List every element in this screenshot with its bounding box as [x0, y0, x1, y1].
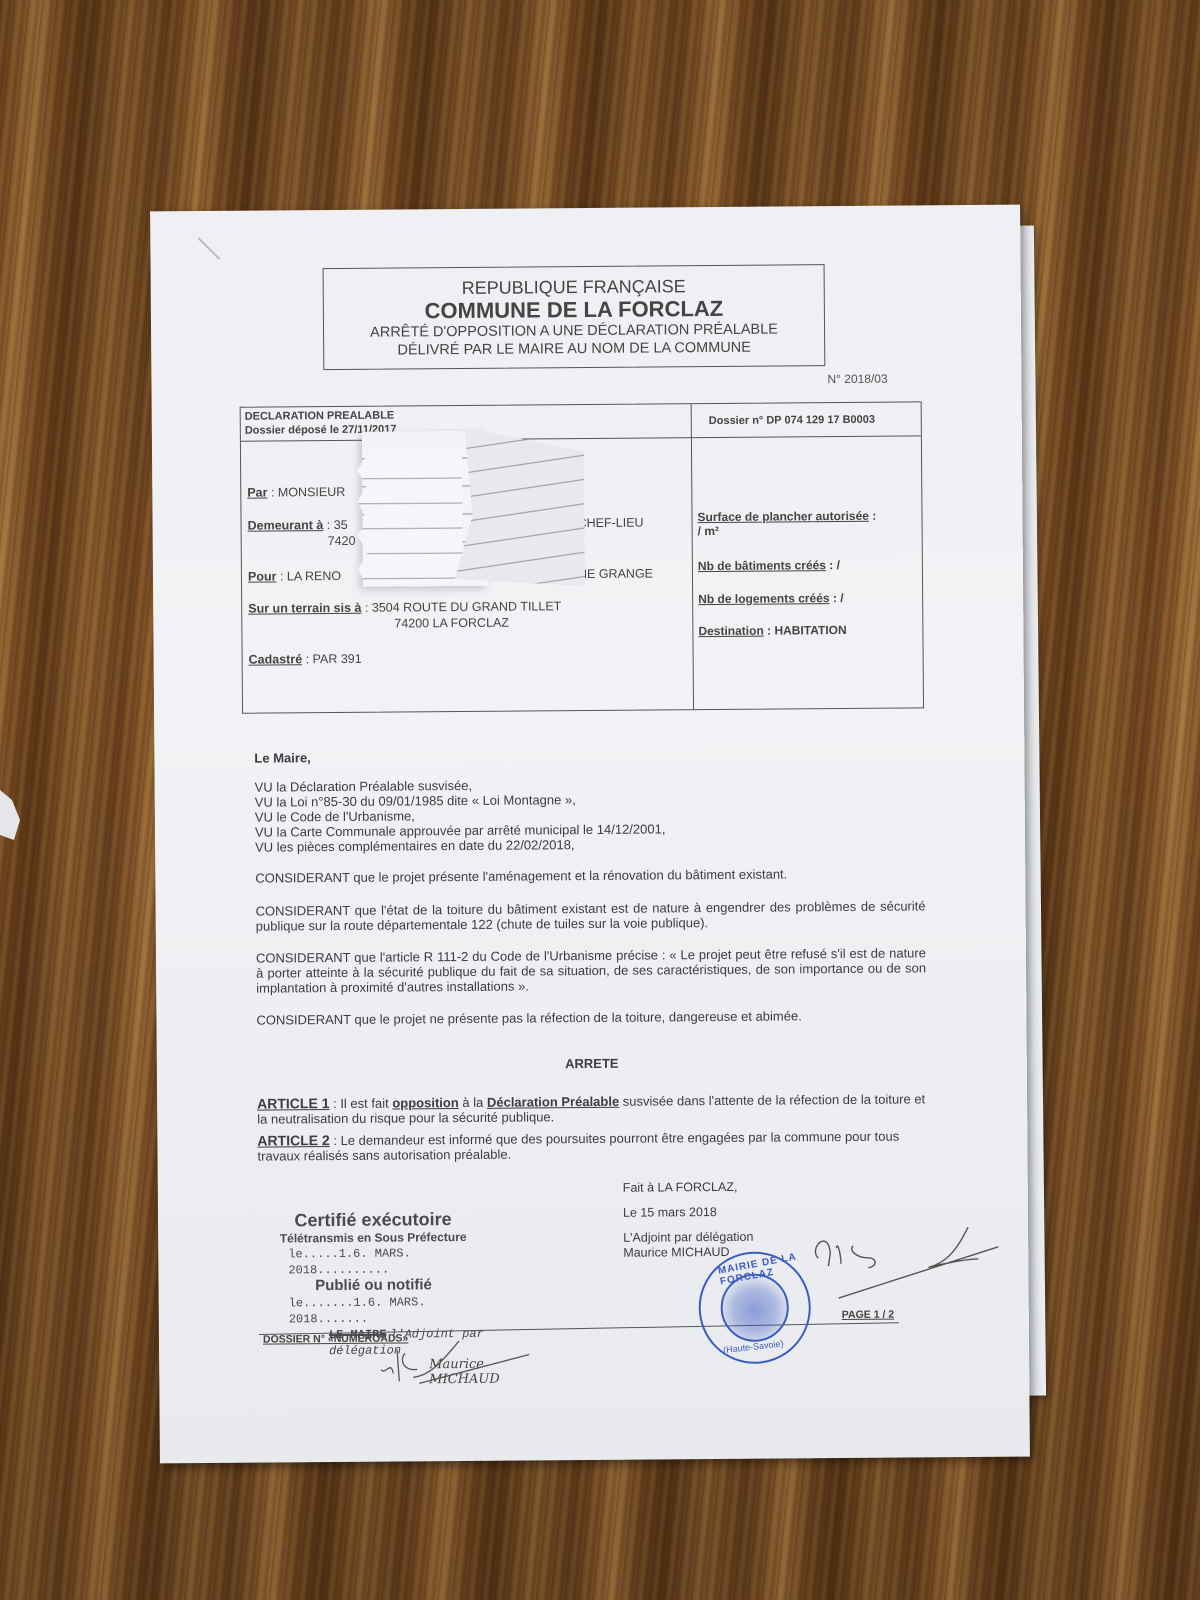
field-terrain: Sur un terrain sis à : 3504 ROUTE DU GRA… [248, 599, 561, 615]
torn-notebook-edge [357, 454, 463, 585]
field-demeurant: Demeurant à : 35 7420 [248, 518, 348, 533]
delivered-by: DÉLIVRÉ PAR LE MAIRE AU NOM DE LA COMMUN… [324, 338, 824, 360]
considerant: CONSIDERANT que le projet ne présente pa… [256, 1007, 926, 1027]
body-preamble: Le Maire, VU la Déclaration Préalable su… [254, 745, 925, 854]
signature-place: Fait à LA FORCLAZ, [623, 1180, 753, 1196]
staple-icon [198, 237, 221, 259]
folded-notebook-flap [454, 426, 585, 587]
field-surface: Surface de plancher autorisée : / m² [697, 509, 876, 538]
arrete-number: N° 2018/03 [827, 372, 887, 386]
signature-mark [798, 1217, 999, 1289]
considerant: CONSIDERANT que l'article R 111-2 du Cod… [256, 945, 926, 995]
mairie-stamp: MAIRIE DE LA FORCLAZ (Haute-Savoie) [698, 1251, 811, 1364]
article-1: ARTICLE 1 : Il est fait opposition à la … [257, 1091, 927, 1126]
handwritten-signature [379, 1338, 539, 1389]
article-2: ARTICLE 2 : Le demandeur est informé que… [257, 1128, 927, 1163]
page-number: PAGE 1 / 2 [842, 1309, 894, 1321]
document-header: REPUBLIQUE FRANÇAISE COMMUNE DE LA FORCL… [323, 264, 826, 370]
field-logements: Nb de logements créés : / [698, 591, 843, 606]
field-destination: Destination : HABITATION [698, 623, 846, 638]
field-pour-right: NE GRANGE [578, 566, 653, 581]
field-demeurant-right: CHEF-LIEU [578, 516, 644, 531]
signature-role: L'Adjoint par délégation [623, 1230, 753, 1246]
field-batiments: Nb de bâtiments créés : / [698, 558, 840, 573]
signature-block: Fait à LA FORCLAZ, Le 15 mars 2018 L'Adj… [623, 1180, 754, 1261]
signature-date: Le 15 mars 2018 [623, 1205, 753, 1221]
considerant: CONSIDERANT que l'état de la toiture du … [256, 898, 926, 933]
field-pour: Pour : LA RENO [248, 569, 341, 584]
field-cadastre: Cadastré : PAR 391 [249, 652, 362, 667]
marianne-emblem-icon [720, 1273, 789, 1342]
considerant: CONSIDERANT que le projet présente l'amé… [255, 865, 925, 885]
field-par: Par : MONSIEUR [247, 485, 345, 500]
dossier-number: Dossier n° DP 074 129 17 B0003 [709, 414, 875, 427]
arrete-heading: ARRETE [257, 1053, 927, 1073]
document-page: REPUBLIQUE FRANÇAISE COMMUNE DE LA FORCL… [150, 205, 1030, 1464]
